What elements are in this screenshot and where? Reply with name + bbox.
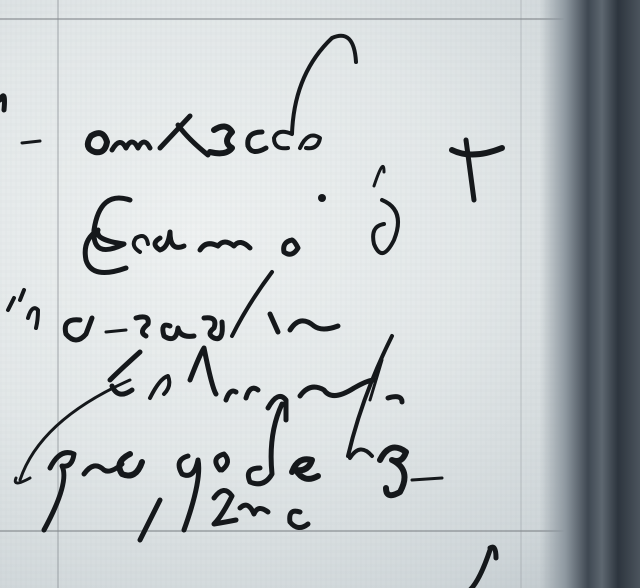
page-gutter-shadow (540, 0, 640, 588)
manuscript-photo: - omnes de Escrivão ira a esta pallas pa… (0, 0, 640, 588)
